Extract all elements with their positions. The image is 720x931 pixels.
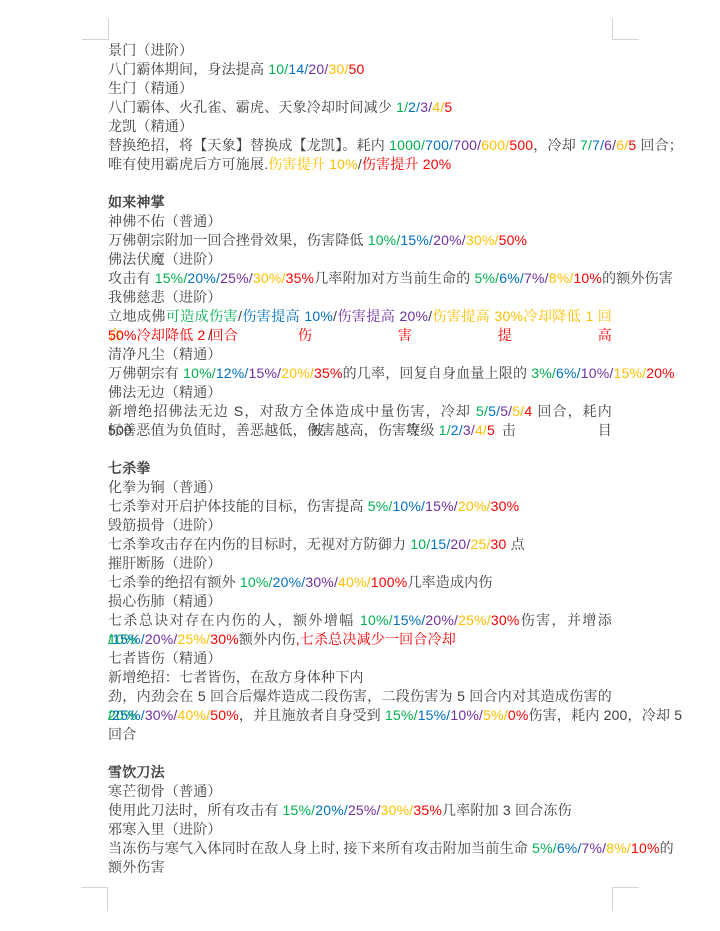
text-run: 20%/: [433, 232, 466, 248]
text-run: 25%/: [348, 802, 381, 818]
document-line: 七杀总诀对存在内伤的人，额外增幅 10%/15%/20%/25%/30%伤害，并…: [108, 611, 612, 630]
text-run: 7/: [580, 137, 592, 153]
text-run: 12%/: [216, 365, 249, 381]
text-run: 30%/: [381, 802, 414, 818]
text-run: 生门（精通）: [108, 80, 193, 96]
text-run: 30%/: [253, 270, 286, 286]
document-line: 攻击有 15%/20%/25%/30%/35%几率附加对方当前生命的 5%/6%…: [108, 269, 612, 288]
text-run: 4/: [432, 99, 444, 115]
text-run: 伤害提高 20%: [337, 308, 428, 324]
text-run: 七者皆伤（精通）: [108, 650, 222, 666]
text-run: 使用此刀法时，所有攻击有: [108, 802, 283, 818]
blank-line: [108, 440, 612, 459]
text-run: 5/: [512, 403, 524, 419]
text-run: 1/: [439, 422, 451, 438]
document-line: 万佛朝宗有 10%/12%/15%/20%/35%的几率，回复自身血量上限的 3…: [108, 364, 612, 383]
text-run: 伤害提高 10%: [242, 308, 333, 324]
text-run: 回合: [108, 726, 136, 742]
document-line: 七杀拳攻击存在内伤的目标时，无视对方防御力 10/15/20/25/30 点: [108, 535, 612, 554]
text-run: 15%/: [393, 612, 426, 628]
text-run: 10%/: [392, 498, 425, 514]
document-line: 毁筋损骨（进阶）: [108, 516, 612, 535]
text-run: 15%/: [425, 498, 458, 514]
text-run: 几率造成内伤: [407, 574, 492, 590]
text-run: 15%/: [249, 365, 282, 381]
text-boundary-mark-top-right: [612, 18, 639, 40]
text-run: 14/: [288, 61, 308, 77]
text-run: 20%/: [425, 612, 458, 628]
text-run: 20%/: [273, 574, 306, 590]
document-line: 邪寒入里（进阶）: [108, 820, 612, 839]
text-run: 劲，内劲会在 5 回合后爆炸造成二段伤害，二段伤害为 5 回合内对其造成伤害的: [108, 688, 612, 704]
text-run: 标善恶值为负值时，善恶越低，伤害越高，伤害等级: [108, 422, 439, 438]
text-run: 5: [487, 422, 495, 438]
text-run: 攻击有: [108, 270, 155, 286]
text-run: 伤害提高: [212, 327, 612, 343]
text-run: 25%/: [112, 707, 145, 723]
text-run: 10%/: [240, 574, 273, 590]
text-run: 七杀拳攻击存在内伤的目标时，无视对方防御力: [108, 536, 410, 552]
document-line: 额外伤害: [108, 858, 612, 877]
document-line: 新增绝招：七者皆伤，在敌方身体种下内: [108, 668, 612, 687]
text-run: 500: [509, 137, 533, 153]
text-run: 几率附加对方当前生命的: [314, 270, 474, 286]
text-run: 8%/: [606, 840, 631, 856]
text-run: 35%: [314, 365, 343, 381]
document-line: 损心伤肺（精通）: [108, 592, 612, 611]
text-run: 回合；: [636, 137, 683, 153]
document-line: 替换绝招，将【天象】替换成【龙凯】。耗内 1000/700/700/600/50…: [108, 136, 612, 155]
text-run: 20%/: [281, 365, 314, 381]
text-run: 30%/: [305, 574, 338, 590]
text-run: 10/: [268, 61, 288, 77]
document-line: 唯有使用霸虎后方可施展.伤害提升 10%/伤害提升 20%: [108, 155, 612, 174]
document-body: 景门（进阶）八门霸体期间，身法提高 10/14/20/30/50生门（精通）八门…: [108, 41, 612, 877]
text-run: 50%冷却降低 2 回合: [108, 327, 238, 343]
text-run: 损心伤肺（精通）: [108, 593, 222, 609]
text-run: 30%/: [145, 707, 178, 723]
text-run: 50%: [499, 232, 528, 248]
text-run: 700/: [453, 137, 481, 153]
text-run: 万佛朝宗有: [108, 365, 183, 381]
document-page: 景门（进阶）八门霸体期间，身法提高 10/14/20/30/50生门（精通）八门…: [0, 0, 720, 931]
text-run: 6/: [616, 137, 628, 153]
blank-line: [108, 744, 612, 763]
text-run: 6%/: [557, 840, 582, 856]
text-run: 可造成伤害: [166, 308, 238, 324]
document-line: 景门（进阶）: [108, 41, 612, 60]
text-run: 七杀拳: [108, 460, 151, 476]
document-line: 寒芒彻骨（普通）: [108, 782, 612, 801]
text-run: 7%/: [524, 270, 549, 286]
text-run: 2/: [408, 99, 420, 115]
text-run: 5%/: [368, 498, 393, 514]
text-run: 40%/: [338, 574, 371, 590]
document-line: 七杀拳的绝招有额外 10%/20%/30%/40%/100%几率造成内伤: [108, 573, 612, 592]
text-run: 20/: [308, 61, 328, 77]
document-line: 立地成佛可造成伤害/伤害提高 10%/伤害提高 20%/伤害提高 30%冷却降低…: [108, 307, 612, 326]
text-run: 35%: [413, 802, 442, 818]
text-run: 伤害，并增添: [519, 612, 612, 628]
text-run: 15%/: [155, 270, 188, 286]
text-run: 10%/: [450, 707, 483, 723]
text-run: 神佛不佑（普通）: [108, 213, 222, 229]
text-run: 700/: [425, 137, 453, 153]
document-line: 清净凡尘（精通）: [108, 345, 612, 364]
text-run: 0%: [508, 707, 529, 723]
text-run: 我佛慈悲（进阶）: [108, 289, 222, 305]
document-line: 佛法伏魔（进阶）: [108, 250, 612, 269]
text-run: 20%/: [187, 270, 220, 286]
text-run: 1/: [396, 99, 408, 115]
document-line: 八门霸体、火孔雀、霸虎、天象冷却时间减少 1/2/3/4/5: [108, 98, 612, 117]
text-run: 25%/: [178, 631, 211, 647]
text-run: 2/: [451, 422, 463, 438]
text-run: 10%: [573, 270, 602, 286]
document-line: 回合: [108, 725, 612, 744]
text-run: 6%/: [556, 365, 581, 381]
text-run: 15%/: [283, 802, 316, 818]
text-run: 的额外伤害: [602, 270, 673, 286]
text-run: 八门霸体期间，身法提高: [108, 61, 268, 77]
text-run: 新增绝招佛法无边 S，对敌方全体造成中量伤害，冷却: [108, 403, 476, 419]
text-run: 20%: [646, 365, 675, 381]
document-line: 使用此刀法时，所有攻击有 15%/20%/25%/30%/35%几率附加 3 回…: [108, 801, 612, 820]
text-run: 15%/: [400, 232, 433, 248]
text-run: 20%/: [145, 631, 178, 647]
text-run: 10%/: [183, 365, 216, 381]
text-boundary-mark-top-left: [82, 18, 109, 40]
text-run: 摧肝断肠（进阶）: [108, 555, 222, 571]
text-run: 3%/: [531, 365, 556, 381]
text-run: 七杀拳对开启护体技能的目标，伤害提高: [108, 498, 368, 514]
text-run: 佛法伏魔（进阶）: [108, 251, 222, 267]
text-run: 5/: [476, 403, 488, 419]
text-run: 8%/: [549, 270, 574, 286]
text-boundary-mark-bottom-left: [81, 887, 108, 911]
text-run: 毁筋损骨（进阶）: [108, 517, 222, 533]
text-run: 25%/: [458, 612, 491, 628]
document-line: 劲，内劲会在 5 回合后爆炸造成二段伤害，二段伤害为 5 回合内对其造成伤害的 …: [108, 687, 612, 706]
document-line: 化拳为锏（普通）: [108, 478, 612, 497]
text-run: 4/: [475, 422, 487, 438]
text-run: 伤害提升 10%: [268, 156, 358, 172]
text-run: 龙凯（精通）: [108, 118, 193, 134]
text-run: 伤害提升 20%: [362, 156, 452, 172]
text-run: 邪寒入里（进阶）: [108, 821, 222, 837]
text-run: 6%/: [499, 270, 524, 286]
text-run: 3/: [463, 422, 475, 438]
text-run: 15%/: [418, 707, 451, 723]
text-run: 点: [507, 536, 525, 552]
text-run: 35%: [286, 270, 315, 286]
text-boundary-mark-bottom-right: [612, 887, 639, 911]
text-run: 20%/: [315, 802, 348, 818]
text-run: 5%/: [475, 270, 500, 286]
document-line: 佛法无边（精通）: [108, 383, 612, 402]
text-run: 替换绝招，将【天象】替换成【龙凯】。耗内: [108, 137, 389, 153]
section-heading: 雪饮刀法: [108, 763, 612, 782]
text-run: 30%/: [466, 232, 499, 248]
text-run: 600/: [481, 137, 509, 153]
text-run: 10%/: [368, 232, 401, 248]
text-run: 10%/: [360, 612, 393, 628]
text-run: 5/: [500, 403, 512, 419]
text-run: 额外伤害: [108, 859, 165, 875]
text-run: 15/: [430, 536, 450, 552]
text-run: 寒芒彻骨（普通）: [108, 783, 222, 799]
text-run: 6/: [604, 137, 616, 153]
document-line: 七杀拳对开启护体技能的目标，伤害提高 5%/10%/15%/20%/30%: [108, 497, 612, 516]
document-line: 万佛朝宗附加一回合挫骨效果，伤害降低 10%/15%/20%/30%/50%: [108, 231, 612, 250]
text-run: 10%: [631, 840, 660, 856]
text-run: 万佛朝宗附加一回合挫骨效果，伤害降低: [108, 232, 368, 248]
text-run: 30%: [491, 498, 520, 514]
text-run: 50: [349, 61, 365, 77]
text-run: 7%/: [582, 840, 607, 856]
text-run: 八门霸体、火孔雀、霸虎、天象冷却时间减少: [108, 99, 396, 115]
text-run: 40%/: [178, 707, 211, 723]
text-run: 清净凡尘（精通）: [108, 346, 222, 362]
text-run: 佛法无边（精通）: [108, 384, 222, 400]
text-run: 七杀拳的绝招有额外: [108, 574, 240, 590]
text-run: ，冷却: [533, 137, 580, 153]
text-run: 15%/: [385, 707, 418, 723]
text-run: ，并且施放者自身受到: [239, 707, 385, 723]
text-run: 5/: [488, 403, 500, 419]
text-run: 20%/: [458, 498, 491, 514]
document-line: 七者皆伤（精通）: [108, 649, 612, 668]
document-line: /15%/20%/25%/30%额外内伤,七杀总决减少一回合冷却: [108, 630, 612, 649]
text-run: 10/: [410, 536, 430, 552]
text-run: 25%/: [220, 270, 253, 286]
text-run: 当冻伤与寒气入体同时在敌人身上时, 接下来所有攻击附加当前生命: [108, 840, 532, 856]
text-run: 25/: [470, 536, 490, 552]
text-run: 7/: [592, 137, 604, 153]
text-run: 5%/: [532, 840, 557, 856]
text-run: 如来神掌: [108, 194, 165, 210]
text-run: ,七杀总决减少一回合冷却: [296, 631, 456, 647]
text-run: 额外内伤: [239, 631, 296, 647]
document-line: 神佛不佑（普通）: [108, 212, 612, 231]
text-run: 15%/: [613, 365, 646, 381]
blank-line: [108, 174, 612, 193]
text-run: 立地成佛: [108, 308, 166, 324]
text-run: 20/: [450, 536, 470, 552]
text-run: 伤害，耗内 200，冷却 5: [529, 707, 683, 723]
document-line: 龙凯（精通）: [108, 117, 612, 136]
text-run: 15%/: [112, 631, 145, 647]
text-run: 10%/: [581, 365, 614, 381]
document-line: 八门霸体期间，身法提高 10/14/20/30/50: [108, 60, 612, 79]
text-run: 100%: [371, 574, 408, 590]
document-line: 新增绝招佛法无边 S，对敌方全体造成中量伤害，冷却 5/5/5/5/4 回合，耗…: [108, 402, 612, 421]
text-run: 50%: [210, 707, 239, 723]
section-heading: 七杀拳: [108, 459, 612, 478]
document-line: 生门（精通）: [108, 79, 612, 98]
text-run: 30: [491, 536, 507, 552]
document-line: 我佛慈悲（进阶）: [108, 288, 612, 307]
text-run: 5%/: [483, 707, 508, 723]
text-run: 1000/: [389, 137, 425, 153]
document-line: 当冻伤与寒气入体同时在敌人身上时, 接下来所有攻击附加当前生命 5%/6%/7%…: [108, 839, 612, 858]
text-run: 30%: [491, 612, 520, 628]
text-run: 雪饮刀法: [108, 764, 165, 780]
text-run: 的几率，回复自身血量上限的: [343, 365, 532, 381]
text-run: 几率附加 3 回合冻伤: [442, 802, 572, 818]
text-run: 3/: [420, 99, 432, 115]
text-run: 新增绝招：七者皆伤，在敌方身体种下内: [108, 669, 364, 685]
text-run: 化拳为锏（普通）: [108, 479, 222, 495]
text-run: 5: [444, 99, 452, 115]
text-run: 唯有使用霸虎后方可施展.: [108, 156, 268, 172]
text-run: 30/: [328, 61, 348, 77]
section-heading: 如来神掌: [108, 193, 612, 212]
text-run: 七杀总诀对存在内伤的人，额外增幅: [108, 612, 360, 628]
text-run: 30%: [210, 631, 239, 647]
text-run: 的: [660, 840, 674, 856]
text-run: 景门（进阶）: [108, 42, 193, 58]
document-line: /25%/30%/40%/50%，并且施放者自身受到 15%/15%/10%/5…: [108, 706, 612, 725]
document-line: 摧肝断肠（进阶）: [108, 554, 612, 573]
